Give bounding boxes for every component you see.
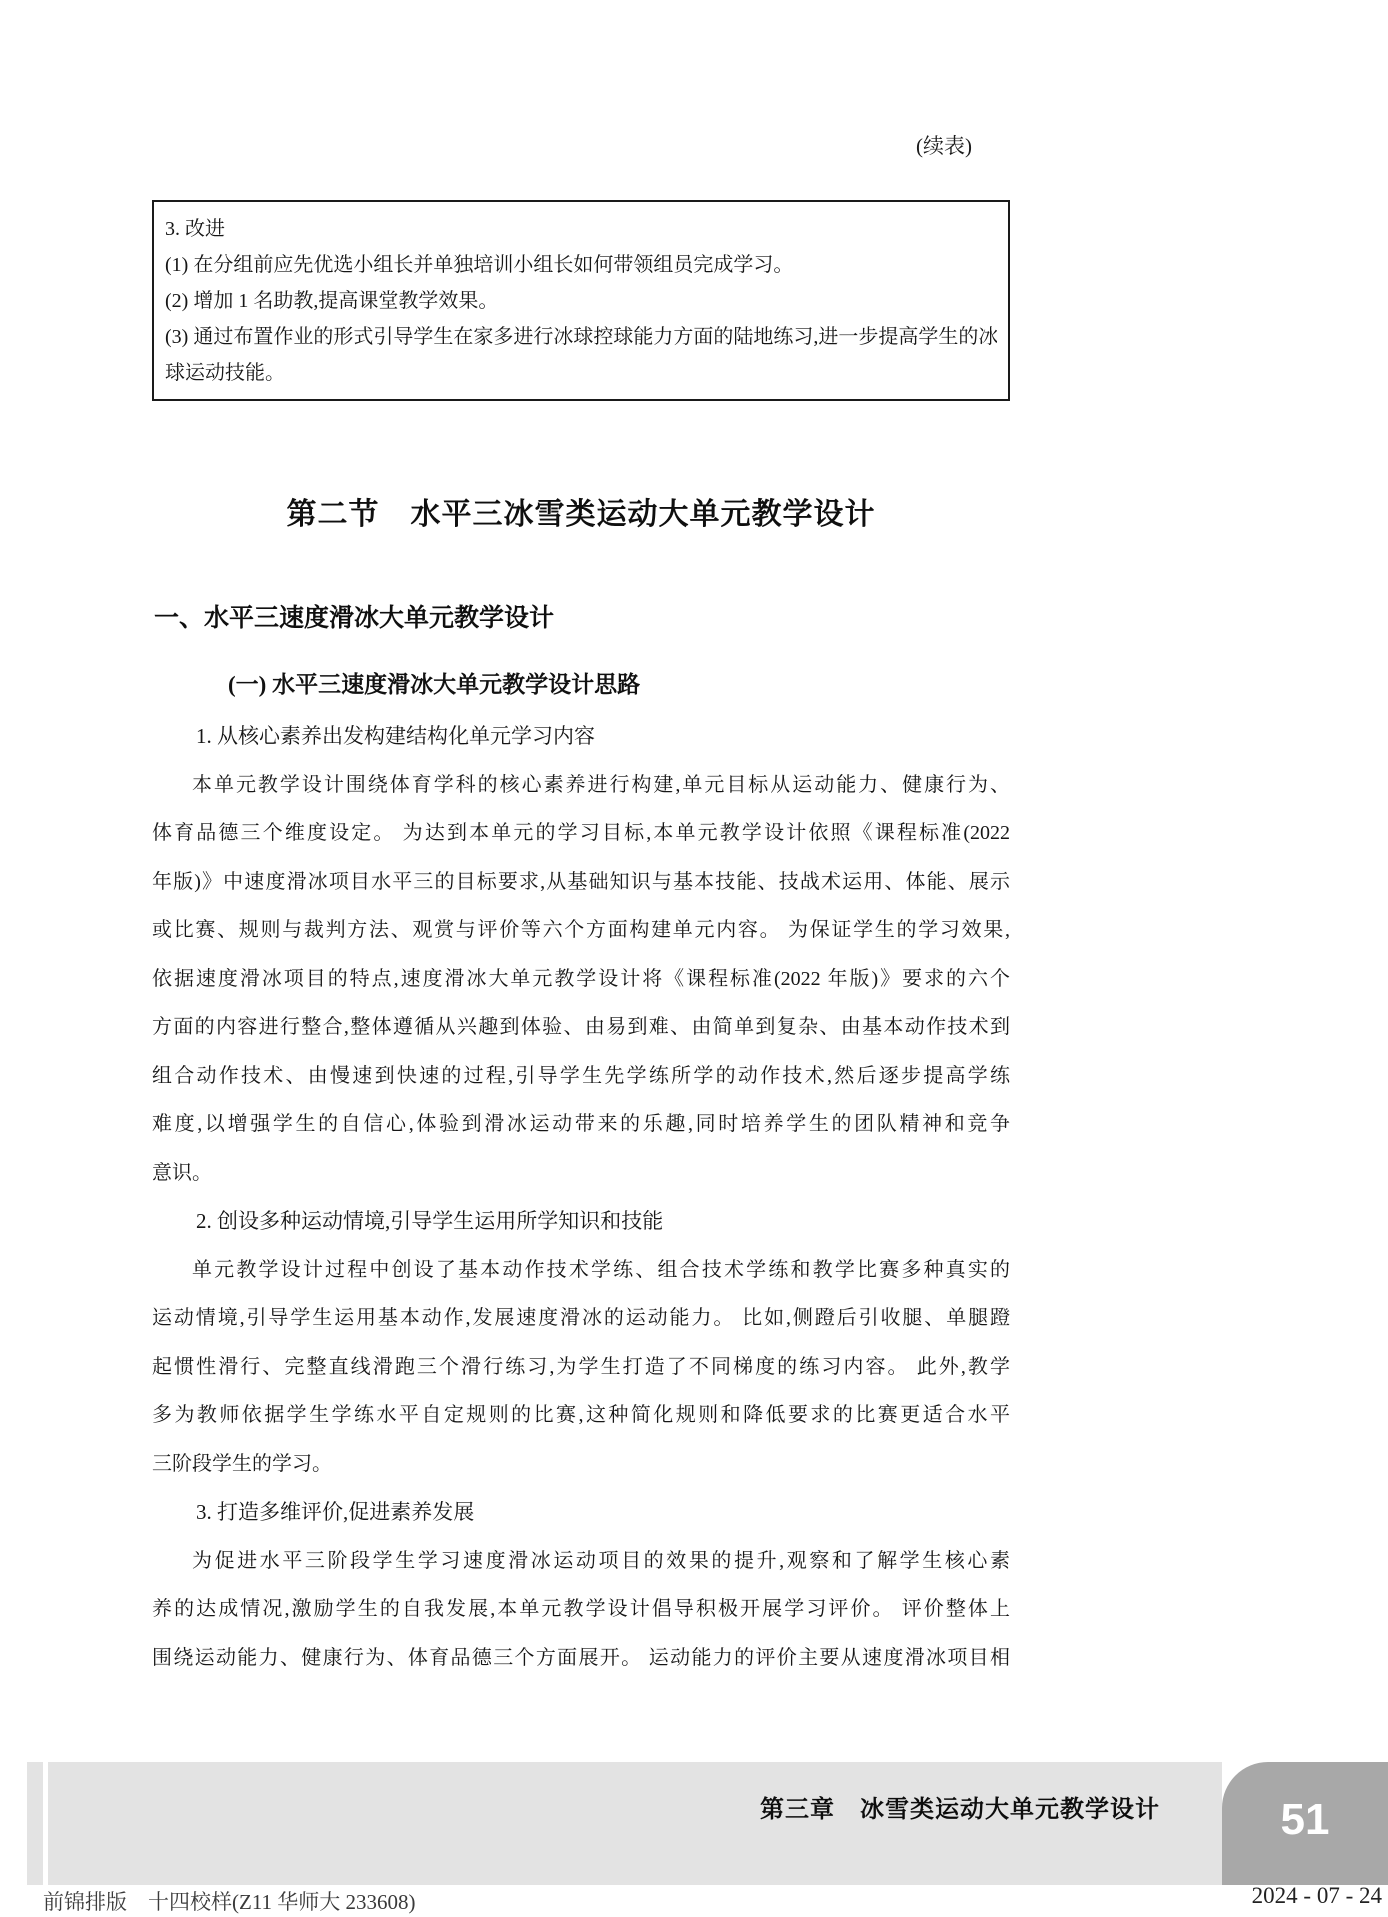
paragraph: 为促进水平三阶段学生学习速度滑冰运动项目的效果的提升,观察和了解学生核心素养的达…	[152, 1537, 1010, 1683]
continued-table-label: (续表)	[916, 130, 972, 160]
box-line: (3) 通过布置作业的形式引导学生在家多进行冰球控球能力方面的陆地练习,进一步提…	[165, 319, 997, 355]
continued-table-box: 3. 改进(1) 在分组前应先优选小组长并单独培训小组长如何带领组员完成学习。(…	[152, 200, 1010, 401]
body-line: 依据速度滑冰项目的特点,速度滑冰大单元教学设计将《课程标准(2022 年版)》要…	[152, 955, 1010, 1004]
body-line: 年版)》中速度滑冰项目水平三的目标要求,从基础知识与基本技能、技战术运用、体能、…	[152, 858, 1010, 907]
page-number-box: 51	[1222, 1762, 1388, 1885]
subsection-title: 一、水平三速度滑冰大单元教学设计	[154, 598, 554, 634]
numbered-item: 1. 从核心素养出发构建结构化单元学习内容	[152, 712, 1010, 761]
paragraph: 本单元教学设计围绕体育学科的核心素养进行构建,单元目标从运动能力、健康行为、体育…	[152, 761, 1010, 1198]
box-line: (2) 增加 1 名助教,提高课堂教学效果。	[165, 283, 997, 319]
section-title: 第二节 水平三冰雪类运动大单元教学设计	[152, 489, 1010, 533]
content-column: (续表) 3. 改进(1) 在分组前应先优选小组长并单独培训小组长如何带领组员完…	[152, 0, 1010, 1917]
body-line: 或比赛、规则与裁判方法、观赏与评价等六个方面构建单元内容。 为保证学生的学习效果…	[152, 906, 1010, 955]
body-line: 本单元教学设计围绕体育学科的核心素养进行构建,单元目标从运动能力、健康行为、	[152, 761, 1010, 810]
body-line: 围绕运动能力、健康行为、体育品德三个方面展开。 运动能力的评价主要从速度滑冰项目…	[152, 1634, 1010, 1683]
body-line: 难度,以增强学生的自信心,体验到滑冰运动带来的乐趣,同时培养学生的团队精神和竞争	[152, 1100, 1010, 1149]
numbered-item: 2. 创设多种运动情境,引导学生运用所学知识和技能	[152, 1197, 1010, 1246]
proof-info-left: 前锦排版 十四校样(Z11 华师大 233608)	[43, 1886, 416, 1916]
body-line: 多为教师依据学生学练水平自定规则的比赛,这种简化规则和降低要求的比赛更适合水平	[152, 1391, 1010, 1440]
body-line: 单元教学设计过程中创设了基本动作技术学练、组合技术学练和教学比赛多种真实的	[152, 1246, 1010, 1295]
book-page: (续表) 3. 改进(1) 在分组前应先优选小组长并单独培训小组长如何带领组员完…	[0, 0, 1388, 1917]
body-line: 组合动作技术、由慢速到快速的过程,引导学生先学练所学的动作技术,然后逐步提高学练	[152, 1052, 1010, 1101]
box-line: (1) 在分组前应先优选小组长并单独培训小组长如何带领组员完成学习。	[165, 247, 997, 283]
numbered-item: 3. 打造多维评价,促进素养发展	[152, 1488, 1010, 1537]
sub-subsection-title: (一) 水平三速度滑冰大单元教学设计思路	[228, 666, 640, 699]
body-line: 三阶段学生的学习。	[152, 1440, 1010, 1489]
proof-date: 2024 - 07 - 24	[1252, 1883, 1382, 1909]
box-line: 球运动技能。	[165, 355, 997, 391]
body-line: 为促进水平三阶段学生学习速度滑冰运动项目的效果的提升,观察和了解学生核心素	[152, 1537, 1010, 1586]
body-line: 起惯性滑行、完整直线滑跑三个滑行练习,为学生打造了不同梯度的练习内容。 此外,教…	[152, 1343, 1010, 1392]
paragraph: 单元教学设计过程中创设了基本动作技术学练、组合技术学练和教学比赛多种真实的运动情…	[152, 1246, 1010, 1489]
running-chapter-label: 第三章 冰雪类运动大单元教学设计	[760, 1789, 1160, 1824]
footer-left-strip	[27, 1762, 43, 1885]
body-line: 意识。	[152, 1149, 1010, 1198]
body-text: 1. 从核心素养出发构建结构化单元学习内容本单元教学设计围绕体育学科的核心素养进…	[152, 712, 1010, 1682]
body-line: 养的达成情况,激励学生的自我发展,本单元教学设计倡导积极开展学习评价。 评价整体…	[152, 1585, 1010, 1634]
box-line: 3. 改进	[165, 211, 997, 247]
page-number: 51	[1222, 1762, 1388, 1885]
body-line: 方面的内容进行整合,整体遵循从兴趣到体验、由易到难、由简单到复杂、由基本动作技术…	[152, 1003, 1010, 1052]
body-line: 体育品德三个维度设定。 为达到本单元的学习目标,本单元教学设计依照《课程标准(2…	[152, 809, 1010, 858]
body-line: 运动情境,引导学生运用基本动作,发展速度滑冰的运动能力。 比如,侧蹬后引收腿、单…	[152, 1294, 1010, 1343]
